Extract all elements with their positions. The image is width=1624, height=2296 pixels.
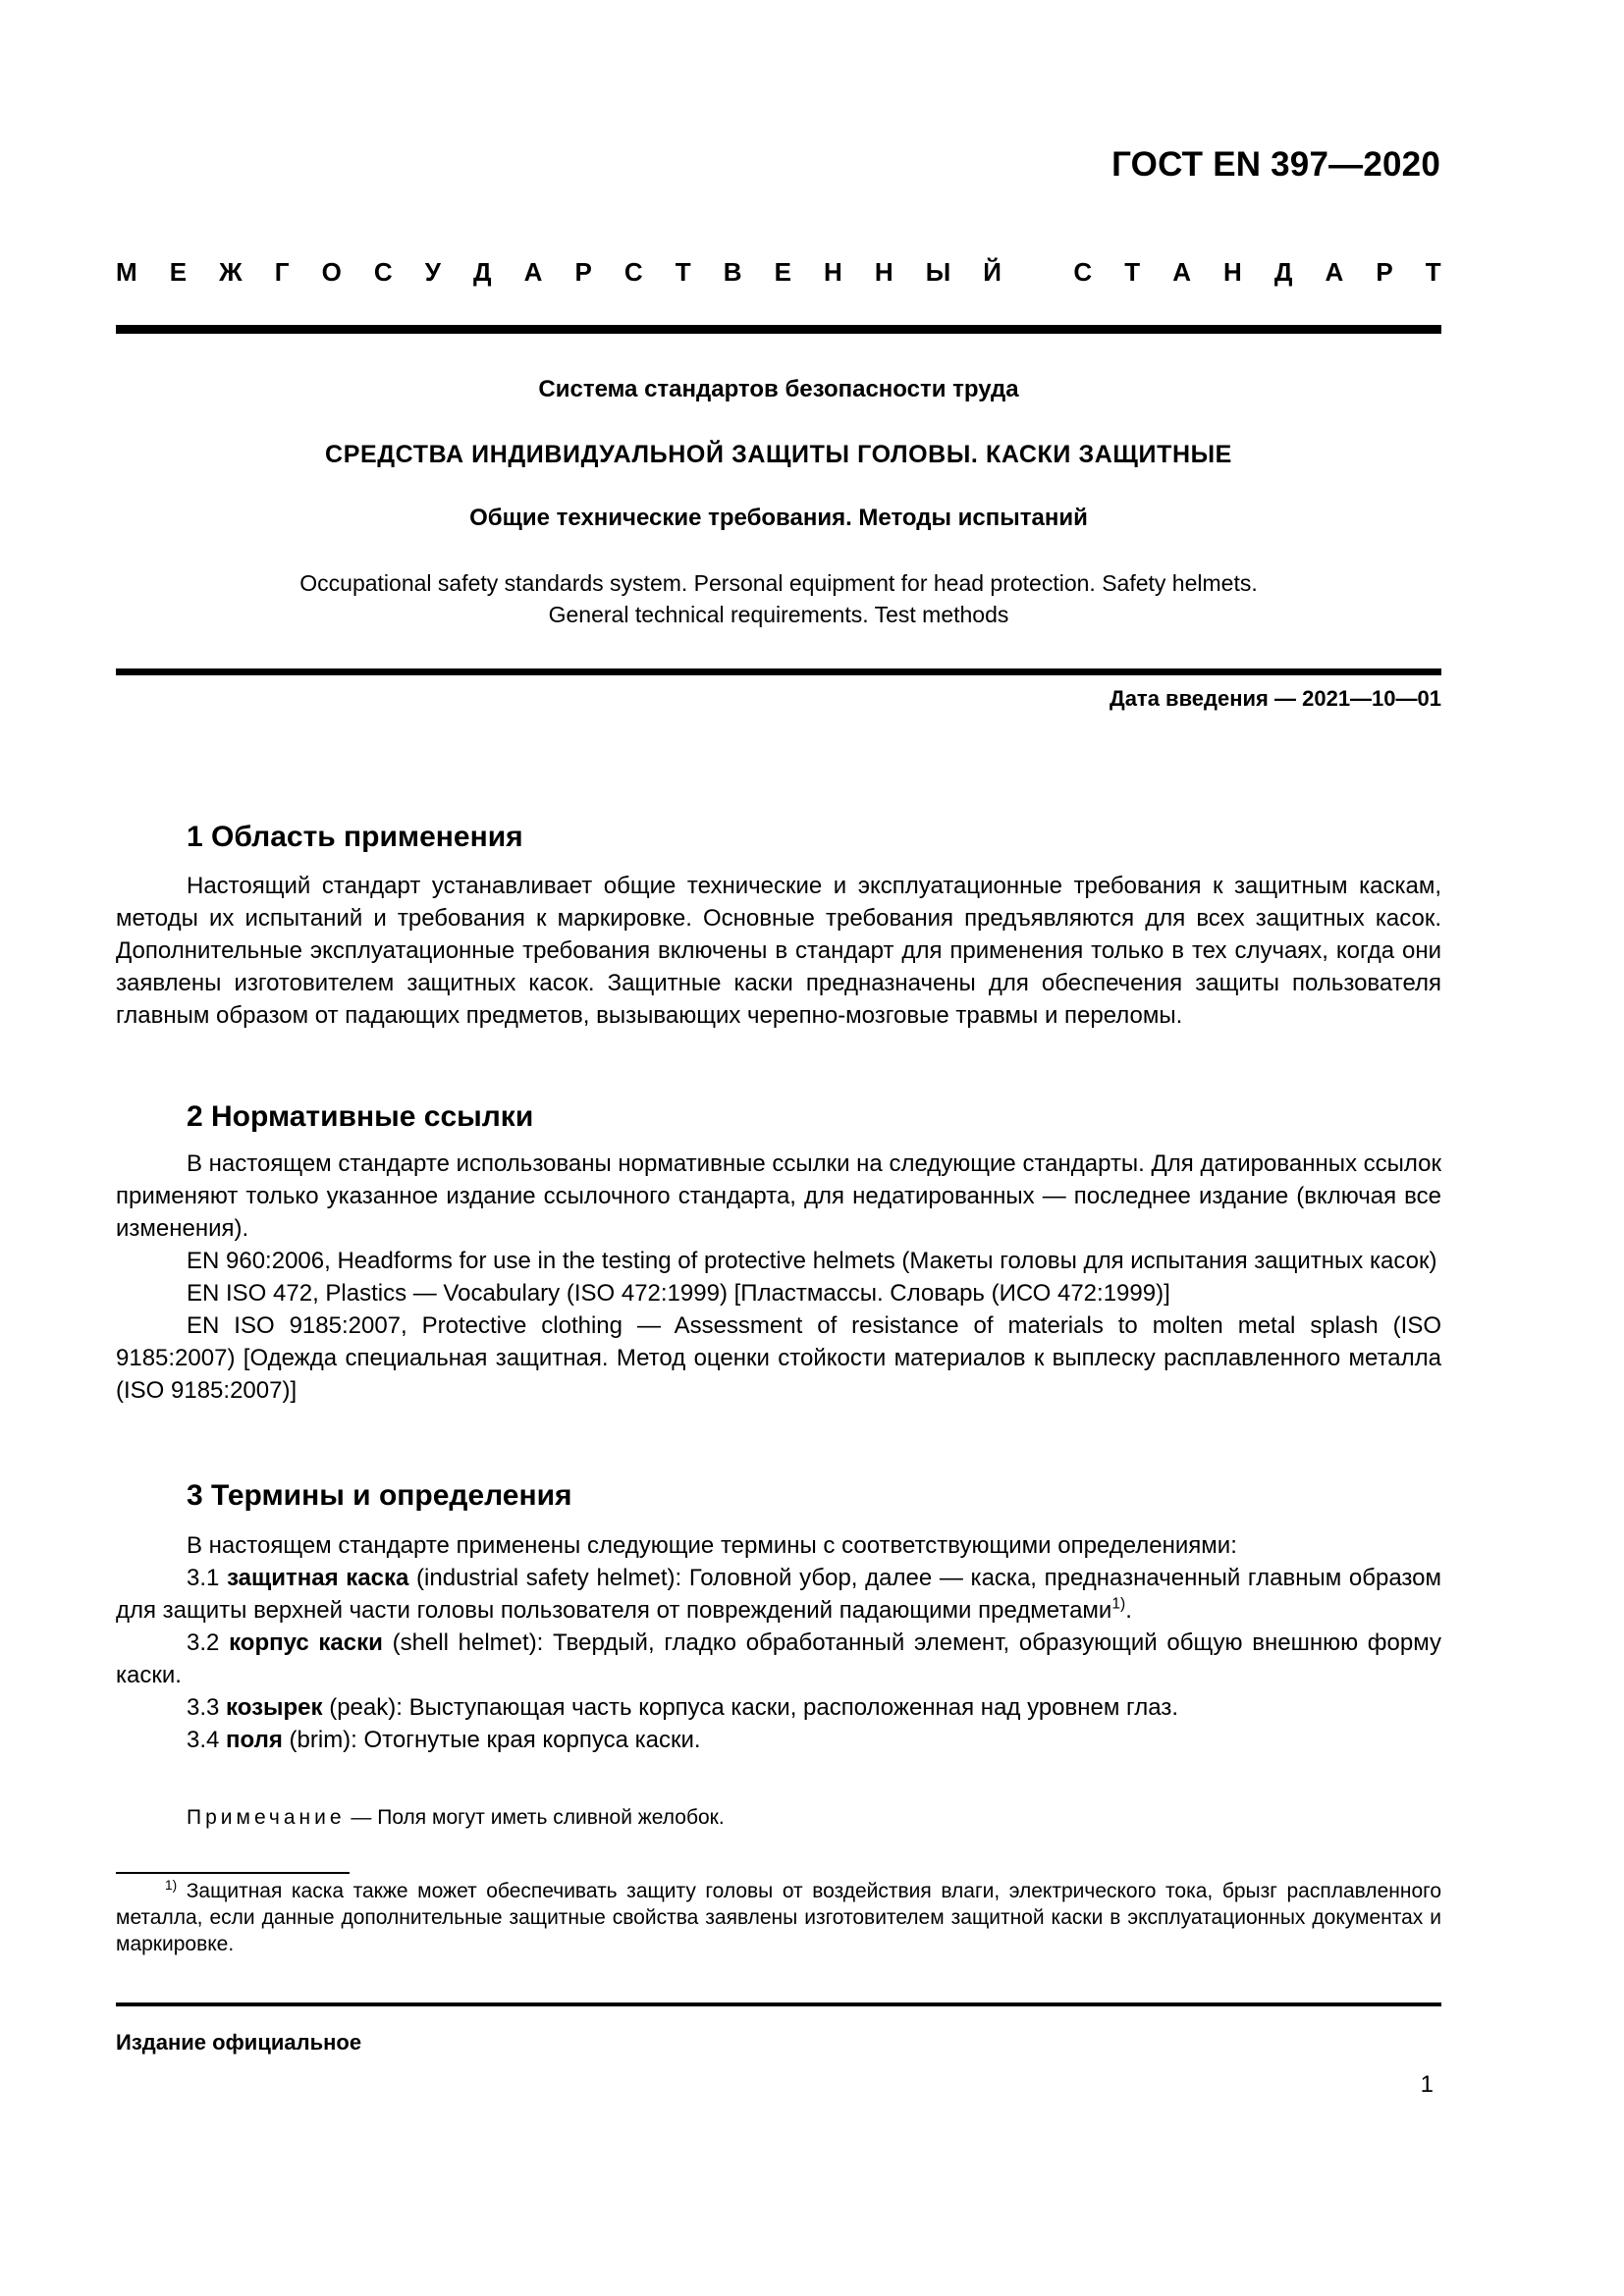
note-text: Поля могут иметь сливной желобок. [377, 1806, 724, 1829]
interstate-letter: Й [983, 257, 1001, 288]
english-title-line-2: General technical requirements. Test met… [116, 599, 1441, 630]
paragraph: Настоящий стандарт устанавливает общие т… [116, 870, 1441, 1032]
footer-rule [116, 2002, 1441, 2006]
english-title-line-1: Occupational safety standards system. Pe… [116, 567, 1441, 599]
footnote-separator [116, 1872, 350, 1874]
note-dash: — [346, 1806, 378, 1829]
footnote: 1) Защитная каска также может обеспечива… [116, 1878, 1441, 1957]
section-2-body: В настоящем стандарте использованы норма… [116, 1148, 1441, 1407]
interstate-letter: А [1326, 257, 1344, 288]
reference-item: EN ISO 9185:2007, Protective clothing — … [116, 1309, 1441, 1407]
interstate-letter: Ж [219, 257, 243, 288]
interstate-letter: А [524, 257, 543, 288]
term-definition: 3.1 защитная каска (industrial safety he… [116, 1562, 1441, 1627]
reference-item: EN 960:2006, Headforms for use in the te… [116, 1245, 1441, 1277]
section-3-heading: 3 Термины и определения [187, 1479, 572, 1513]
interstate-letter: Т [1426, 257, 1441, 288]
term-number: 3.4 [187, 1727, 219, 1753]
footnote-text: Защитная каска также может обеспечивать … [116, 1880, 1441, 1955]
term-text: (brim): Отогнутые края корпуса каски. [283, 1727, 701, 1753]
footnote-number: 1) [165, 1878, 177, 1893]
interstate-letter: С [624, 257, 643, 288]
section-2-heading: 2 Нормативные ссылки [187, 1100, 533, 1134]
note-label: Примечание [187, 1806, 346, 1829]
interstate-letter: У [425, 257, 441, 288]
term-name: козырек [226, 1694, 322, 1721]
term-number: 3.1 [187, 1565, 219, 1591]
section-3-body: В настоящем стандарте применены следующи… [116, 1529, 1441, 1756]
interstate-letter: С [1073, 257, 1092, 288]
interstate-letter: С [374, 257, 393, 288]
paragraph: В настоящем стандарте применены следующи… [116, 1529, 1441, 1562]
document-subtitle: Общие технические требования. Методы исп… [116, 505, 1441, 532]
interstate-letter: Н [875, 257, 893, 288]
title-rule [116, 668, 1441, 675]
reference-item: EN ISO 472, Plastics — Vocabulary (ISO 4… [116, 1277, 1441, 1309]
section-1-body: Настоящий стандарт устанавливает общие т… [116, 870, 1441, 1032]
interstate-letter: Р [574, 257, 591, 288]
interstate-letter: М [116, 257, 137, 288]
term-name: поля [226, 1727, 283, 1753]
interstate-letter: Н [1223, 257, 1242, 288]
interstate-letter: Д [1274, 257, 1293, 288]
interstate-letter: Д [473, 257, 492, 288]
interstate-letter: Ы [926, 257, 950, 288]
introduction-date: Дата введения — 2021—10—01 [1110, 686, 1441, 712]
term-number: 3.3 [187, 1694, 219, 1721]
term-definition: 3.4 поля (brim): Отогнутые края корпуса … [116, 1724, 1441, 1756]
interstate-standard-label: МЕЖГОСУДАРСТВЕННЫЙ СТАНДАРТ [116, 257, 1441, 288]
interstate-letter: Т [676, 257, 691, 288]
interstate-letter: Н [824, 257, 842, 288]
term-definition: 3.3 козырек (peak): Выступающая часть ко… [116, 1691, 1441, 1724]
official-edition-label: Издание официальное [116, 2030, 361, 2056]
interstate-letter: Е [775, 257, 791, 288]
term-name: защитная каска [227, 1565, 408, 1591]
header-rule [116, 325, 1441, 334]
note: Примечание — Поля могут иметь сливной же… [187, 1806, 725, 1830]
interstate-letter: А [1172, 257, 1191, 288]
section-1-heading: 1 Область применения [187, 821, 523, 854]
term-number: 3.2 [187, 1629, 219, 1656]
page-number: 1 [1421, 2071, 1434, 2099]
standards-system-title: Система стандартов безопасности труда [116, 376, 1441, 403]
interstate-letter: В [724, 257, 742, 288]
document-title: СРЕДСТВА ИНДИВИДУАЛЬНОЙ ЗАЩИТЫ ГОЛОВЫ. К… [116, 441, 1441, 469]
interstate-letter: Т [1124, 257, 1140, 288]
interstate-letter: О [322, 257, 342, 288]
paragraph: В настоящем стандарте использованы норма… [116, 1148, 1441, 1245]
term-definition: 3.2 корпус каски (shell helmet): Твердый… [116, 1627, 1441, 1691]
term-name: корпус каски [229, 1629, 383, 1656]
interstate-letter: Г [275, 257, 290, 288]
term-text: (peak): Выступающая часть корпуса каски,… [323, 1694, 1178, 1721]
document-code: ГОСТ EN 397—2020 [1111, 145, 1440, 185]
interstate-letter: Е [170, 257, 187, 288]
english-title: Occupational safety standards system. Pe… [116, 567, 1441, 630]
interstate-letter: Р [1376, 257, 1392, 288]
footnote-ref[interactable]: 1) [1111, 1596, 1125, 1613]
interstate-letter [1034, 257, 1041, 288]
